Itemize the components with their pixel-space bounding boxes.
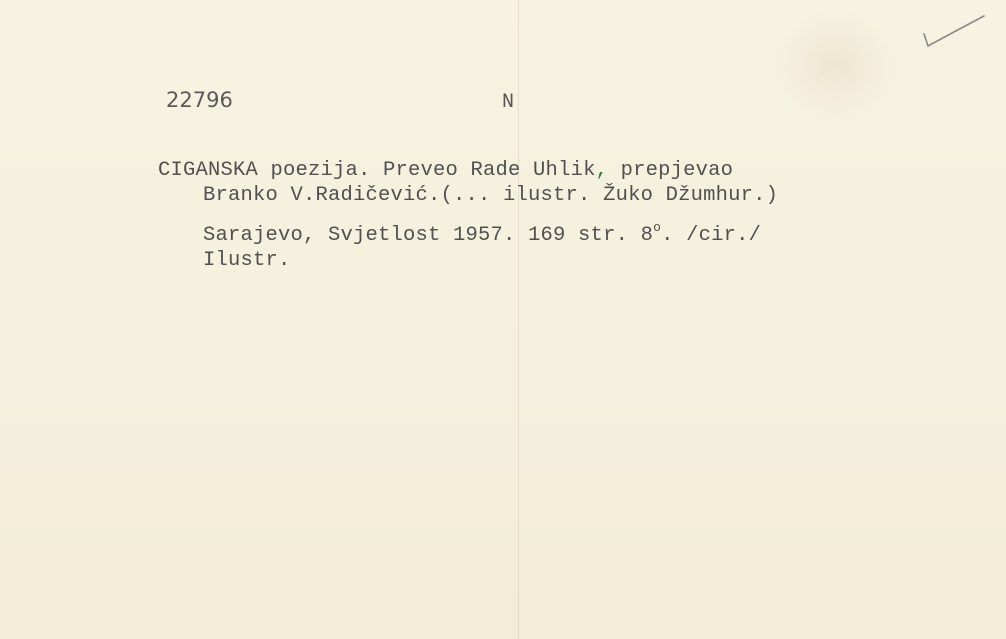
imprint-end: . /cir./ (661, 224, 761, 247)
green-comma: , (596, 159, 609, 182)
fold-line (518, 0, 519, 639)
stain (775, 10, 895, 120)
imprint-start: Sarajevo, Svjetlost 1957. 169 str. 8 (203, 224, 653, 247)
imprint-line: Sarajevo, Svjetlost 1957. 169 str. 8o. /… (203, 224, 761, 247)
call-number: 22796 (166, 88, 233, 112)
shelf-mark: N (502, 91, 514, 114)
title-line: CIGANSKA poezija. Preveo Rade Uhlik, pre… (158, 159, 733, 182)
checkmark-icon (920, 12, 990, 52)
catalog-card: 22796 N CIGANSKA poezija. Preveo Rade Uh… (0, 0, 1006, 639)
notes-line: Ilustr. (203, 249, 291, 272)
title-end: prepjevao (608, 159, 733, 182)
title-start: CIGANSKA poezija. Preveo Rade Uhlik (158, 159, 596, 182)
responsibility-line: Branko V.Radičević.(... ilustr. Žuko Džu… (203, 184, 778, 207)
format-superscript: o (653, 220, 661, 235)
